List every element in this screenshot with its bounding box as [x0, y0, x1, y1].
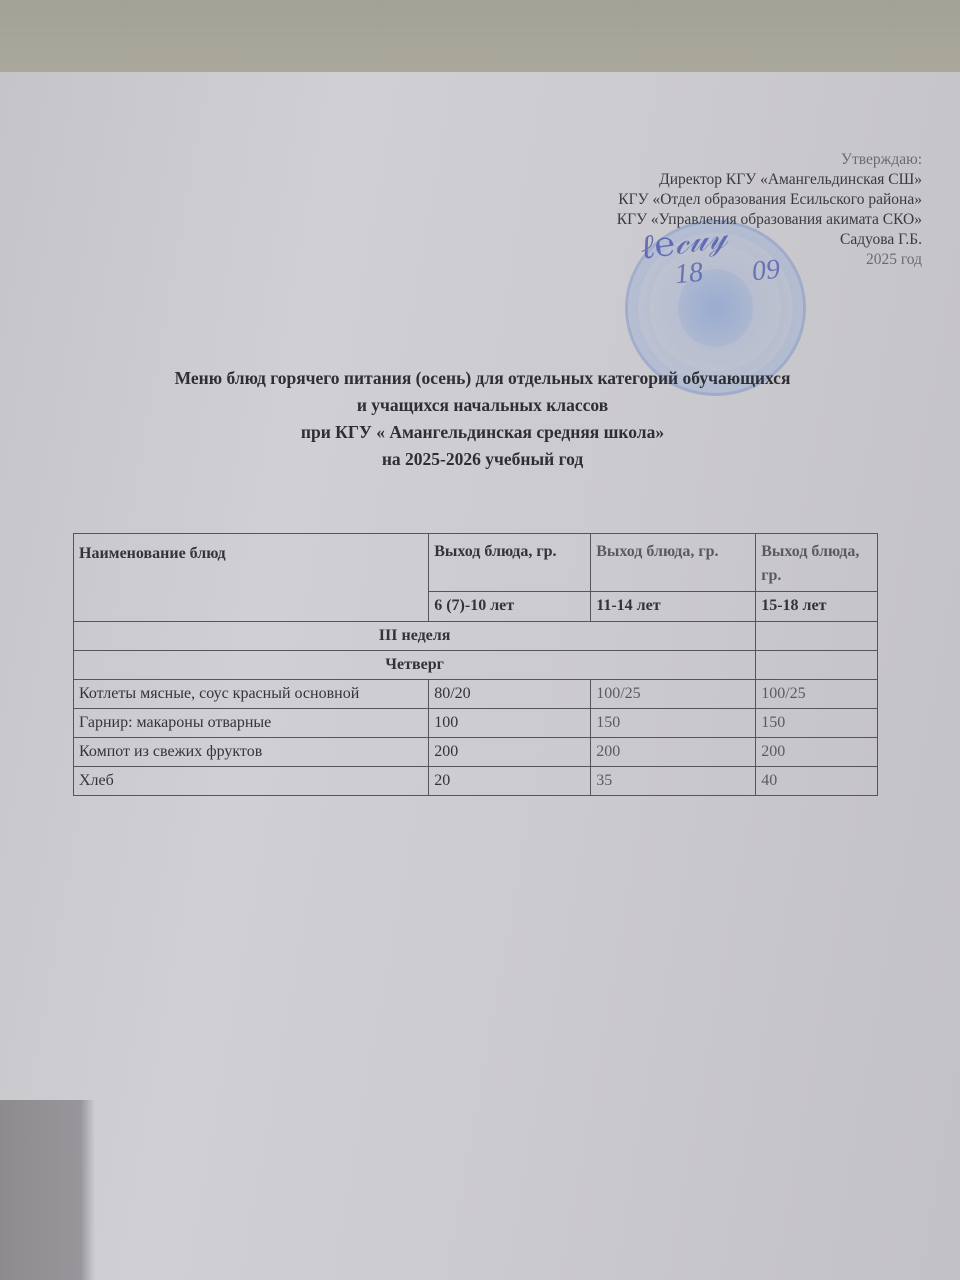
empty-cell: [756, 651, 878, 680]
background-wall: [0, 0, 960, 76]
empty-cell: [756, 622, 878, 651]
approval-line: Утверждаю:: [617, 150, 922, 170]
page-shadow: [0, 1100, 95, 1280]
age-group-1: 6 (7)-10 лет: [429, 592, 591, 622]
day-row: Четверг: [74, 651, 878, 680]
document-title: Меню блюд горячего питания (осень) для о…: [30, 365, 935, 473]
title-line-4: на 2025-2026 учебный год: [30, 446, 935, 473]
signature-date-month: 09: [750, 254, 781, 289]
dish-value-age-1: 80/20: [429, 680, 591, 709]
table-row: Гарнир: макароны отварные 100 150 150: [74, 709, 878, 738]
week-label: III неделя: [74, 622, 756, 651]
dish-value-age-3: 150: [756, 709, 878, 738]
table-row: Котлеты мясные, соус красный основной 80…: [74, 680, 878, 709]
age-group-3: 15-18 лет: [756, 592, 878, 622]
title-line-2: и учащихся начальных классов: [30, 392, 935, 419]
title-line-1: Меню блюд горячего питания (осень) для о…: [30, 365, 935, 392]
dish-value-age-1: 200: [429, 738, 591, 767]
table-header-row: Наименование блюд Выход блюда, гр. Выход…: [74, 534, 878, 592]
approval-line: КГУ «Отдел образования Есильского района…: [617, 190, 922, 210]
dish-value-age-2: 35: [591, 767, 756, 796]
dish-name: Компот из свежих фруктов: [74, 738, 429, 767]
table-row: Хлеб 20 35 40: [74, 767, 878, 796]
signature-date-day: 18: [673, 257, 704, 292]
dish-value-age-2: 200: [591, 738, 756, 767]
dish-value-age-3: 100/25: [756, 680, 878, 709]
header-output-col-3: Выход блюда, гр.: [756, 534, 878, 592]
dish-name: Котлеты мясные, соус красный основной: [74, 680, 429, 709]
age-group-2: 11-14 лет: [591, 592, 756, 622]
dish-value-age-1: 20: [429, 767, 591, 796]
dish-name: Хлеб: [74, 767, 429, 796]
week-row: III неделя: [74, 622, 878, 651]
menu-table: Наименование блюд Выход блюда, гр. Выход…: [73, 533, 878, 796]
dish-name: Гарнир: макароны отварные: [74, 709, 429, 738]
dish-value-age-2: 100/25: [591, 680, 756, 709]
header-output-col-2: Выход блюда, гр.: [591, 534, 756, 592]
table-row: Компот из свежих фруктов 200 200 200: [74, 738, 878, 767]
title-line-3: при КГУ « Амангельдинская средняя школа»: [30, 419, 935, 446]
header-output-col-1: Выход блюда, гр.: [429, 534, 591, 592]
day-label: Четверг: [74, 651, 756, 680]
dish-value-age-2: 150: [591, 709, 756, 738]
header-dish-name: Наименование блюд: [74, 534, 429, 622]
approval-line: Директор КГУ «Амангельдинская СШ»: [617, 170, 922, 190]
dish-value-age-1: 100: [429, 709, 591, 738]
dish-value-age-3: 40: [756, 767, 878, 796]
dish-value-age-3: 200: [756, 738, 878, 767]
